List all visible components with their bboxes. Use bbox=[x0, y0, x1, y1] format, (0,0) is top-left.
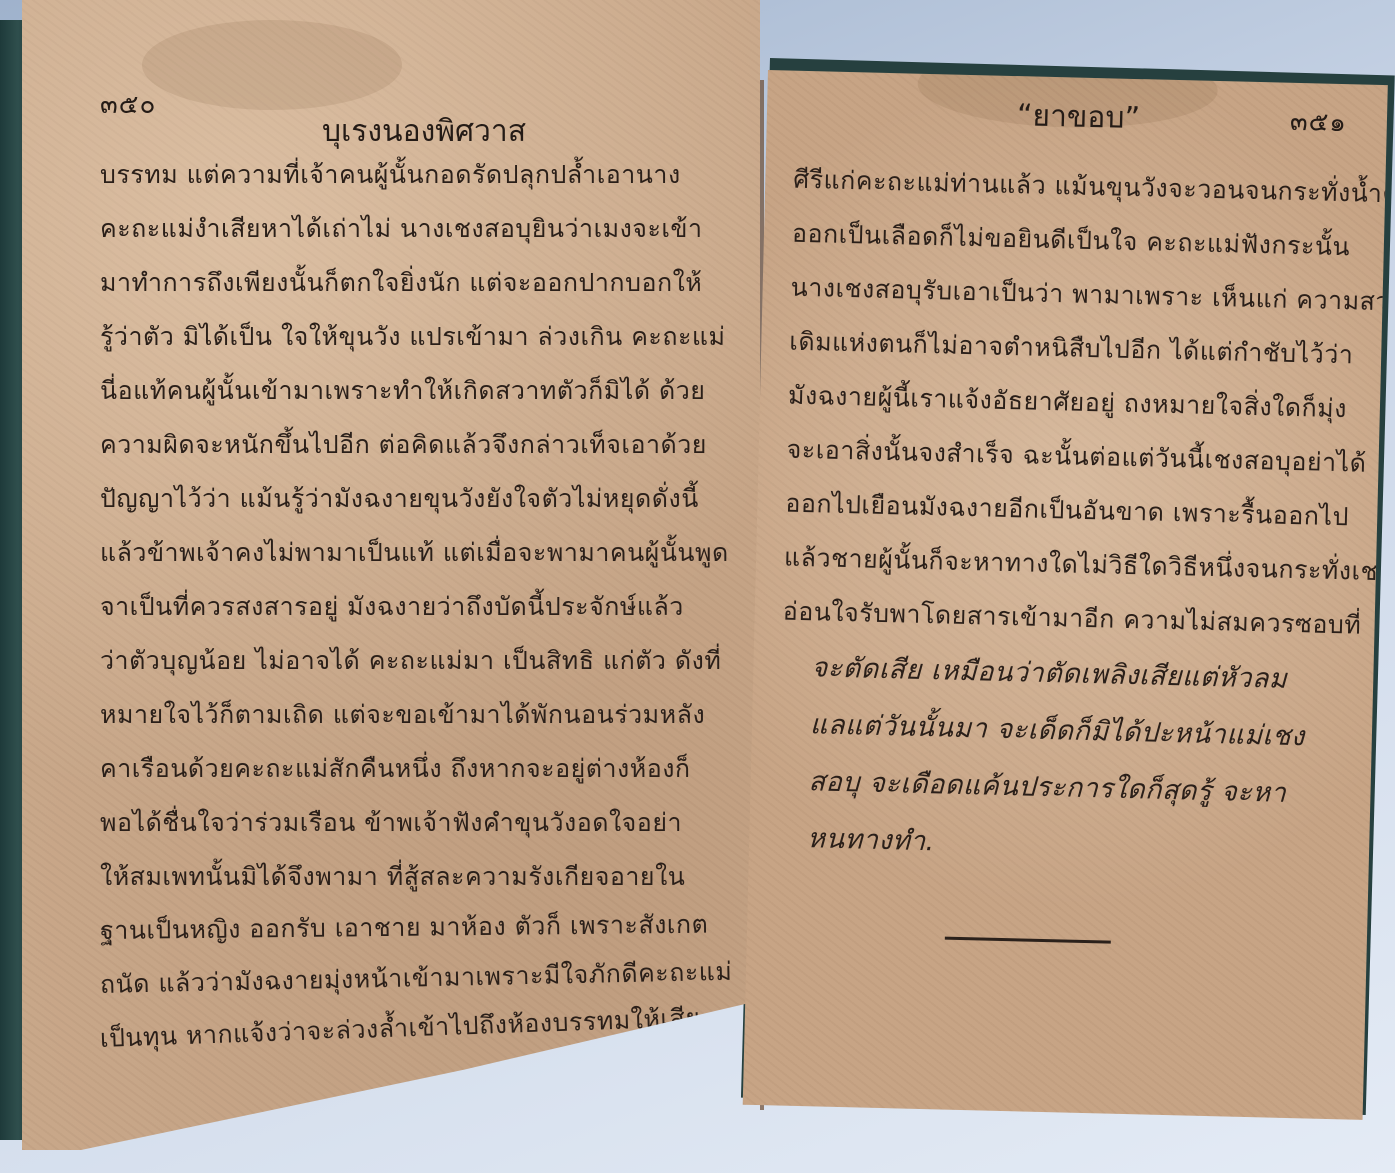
text-line: ว่าตัวบุญน้อย ไม่อาจได้ คะถะแม่มา เป็นสิ… bbox=[100, 634, 740, 688]
text-line: ให้สมเพทนั้นมิได้จึงพามา ที่สู้สละความรั… bbox=[100, 850, 740, 904]
paper-stain bbox=[142, 20, 402, 110]
section-end-rule bbox=[945, 937, 1111, 944]
text-line: พอได้ชื่นใจว่าร่วมเรือน ข้าพเจ้าฟังคำขุน… bbox=[100, 796, 740, 850]
text-line: ความผิดจะหนักขึ้นไปอีก ต่อคิดแล้วจึงกล่า… bbox=[100, 418, 740, 472]
page-number-right: ๓๕๑ bbox=[1289, 101, 1347, 143]
text-line: คะถะแม่งำเสียหาได้เถ่าไม่ นางเชงสอบุยินว… bbox=[100, 202, 740, 256]
text-line: คาเรือนด้วยคะถะแม่สักคืนหนึ่ง ถึงหากจะอย… bbox=[100, 742, 740, 796]
text-line: บรรทม แต่ความที่เจ้าคนผู้นั้นกอดรัดปลุกป… bbox=[100, 148, 740, 202]
right-page-body-text: ศีรีแก่คะถะแม่ท่านแล้ว แม้นขุนวังจะวอนจน… bbox=[777, 153, 1364, 881]
text-line: จาเป็นที่ควรสงสารอยู่ มังฉงายว่าถึงบัดนี… bbox=[100, 580, 740, 634]
text-line: แล้วข้าพเจ้าคงไม่พามาเป็นแท้ แต่เมื่อจะพ… bbox=[100, 526, 740, 580]
text-line: ปัญญาไว้ว่า แม้นรู้ว่ามังฉงายขุนวังยังใจ… bbox=[100, 472, 740, 526]
left-page-body-text: บรรทม แต่ความที่เจ้าคนผู้นั้นกอดรัดปลุกป… bbox=[100, 148, 740, 1066]
text-line: นี่อแท้คนผู้นั้นเข้ามาเพราะทำให้เกิดสวาท… bbox=[100, 364, 740, 418]
left-page: ๓๕๐ บุเรงนองพิศวาส บรรทม แต่ความที่เจ้าค… bbox=[22, 0, 760, 1150]
page-number-left: ๓๕๐ bbox=[100, 84, 156, 125]
text-line: รู้ว่าตัว มิได้เป็น ใจให้ขุนวัง แปรเข้าม… bbox=[100, 310, 740, 364]
text-line: หมายใจไว้ก็ตามเถิด แต่จะขอเข้ามาได้พักนอ… bbox=[100, 688, 740, 742]
running-head-right: “ยาขอบ” bbox=[1016, 92, 1140, 142]
text-line: มาทำการถึงเพียงนั้นก็ตกใจยิ่งนัก แต่จะออ… bbox=[100, 256, 740, 310]
right-page: “ยาขอบ” ๓๕๑ ศีรีแก่คะถะแม่ท่านแล้ว แม้นข… bbox=[743, 70, 1388, 1120]
